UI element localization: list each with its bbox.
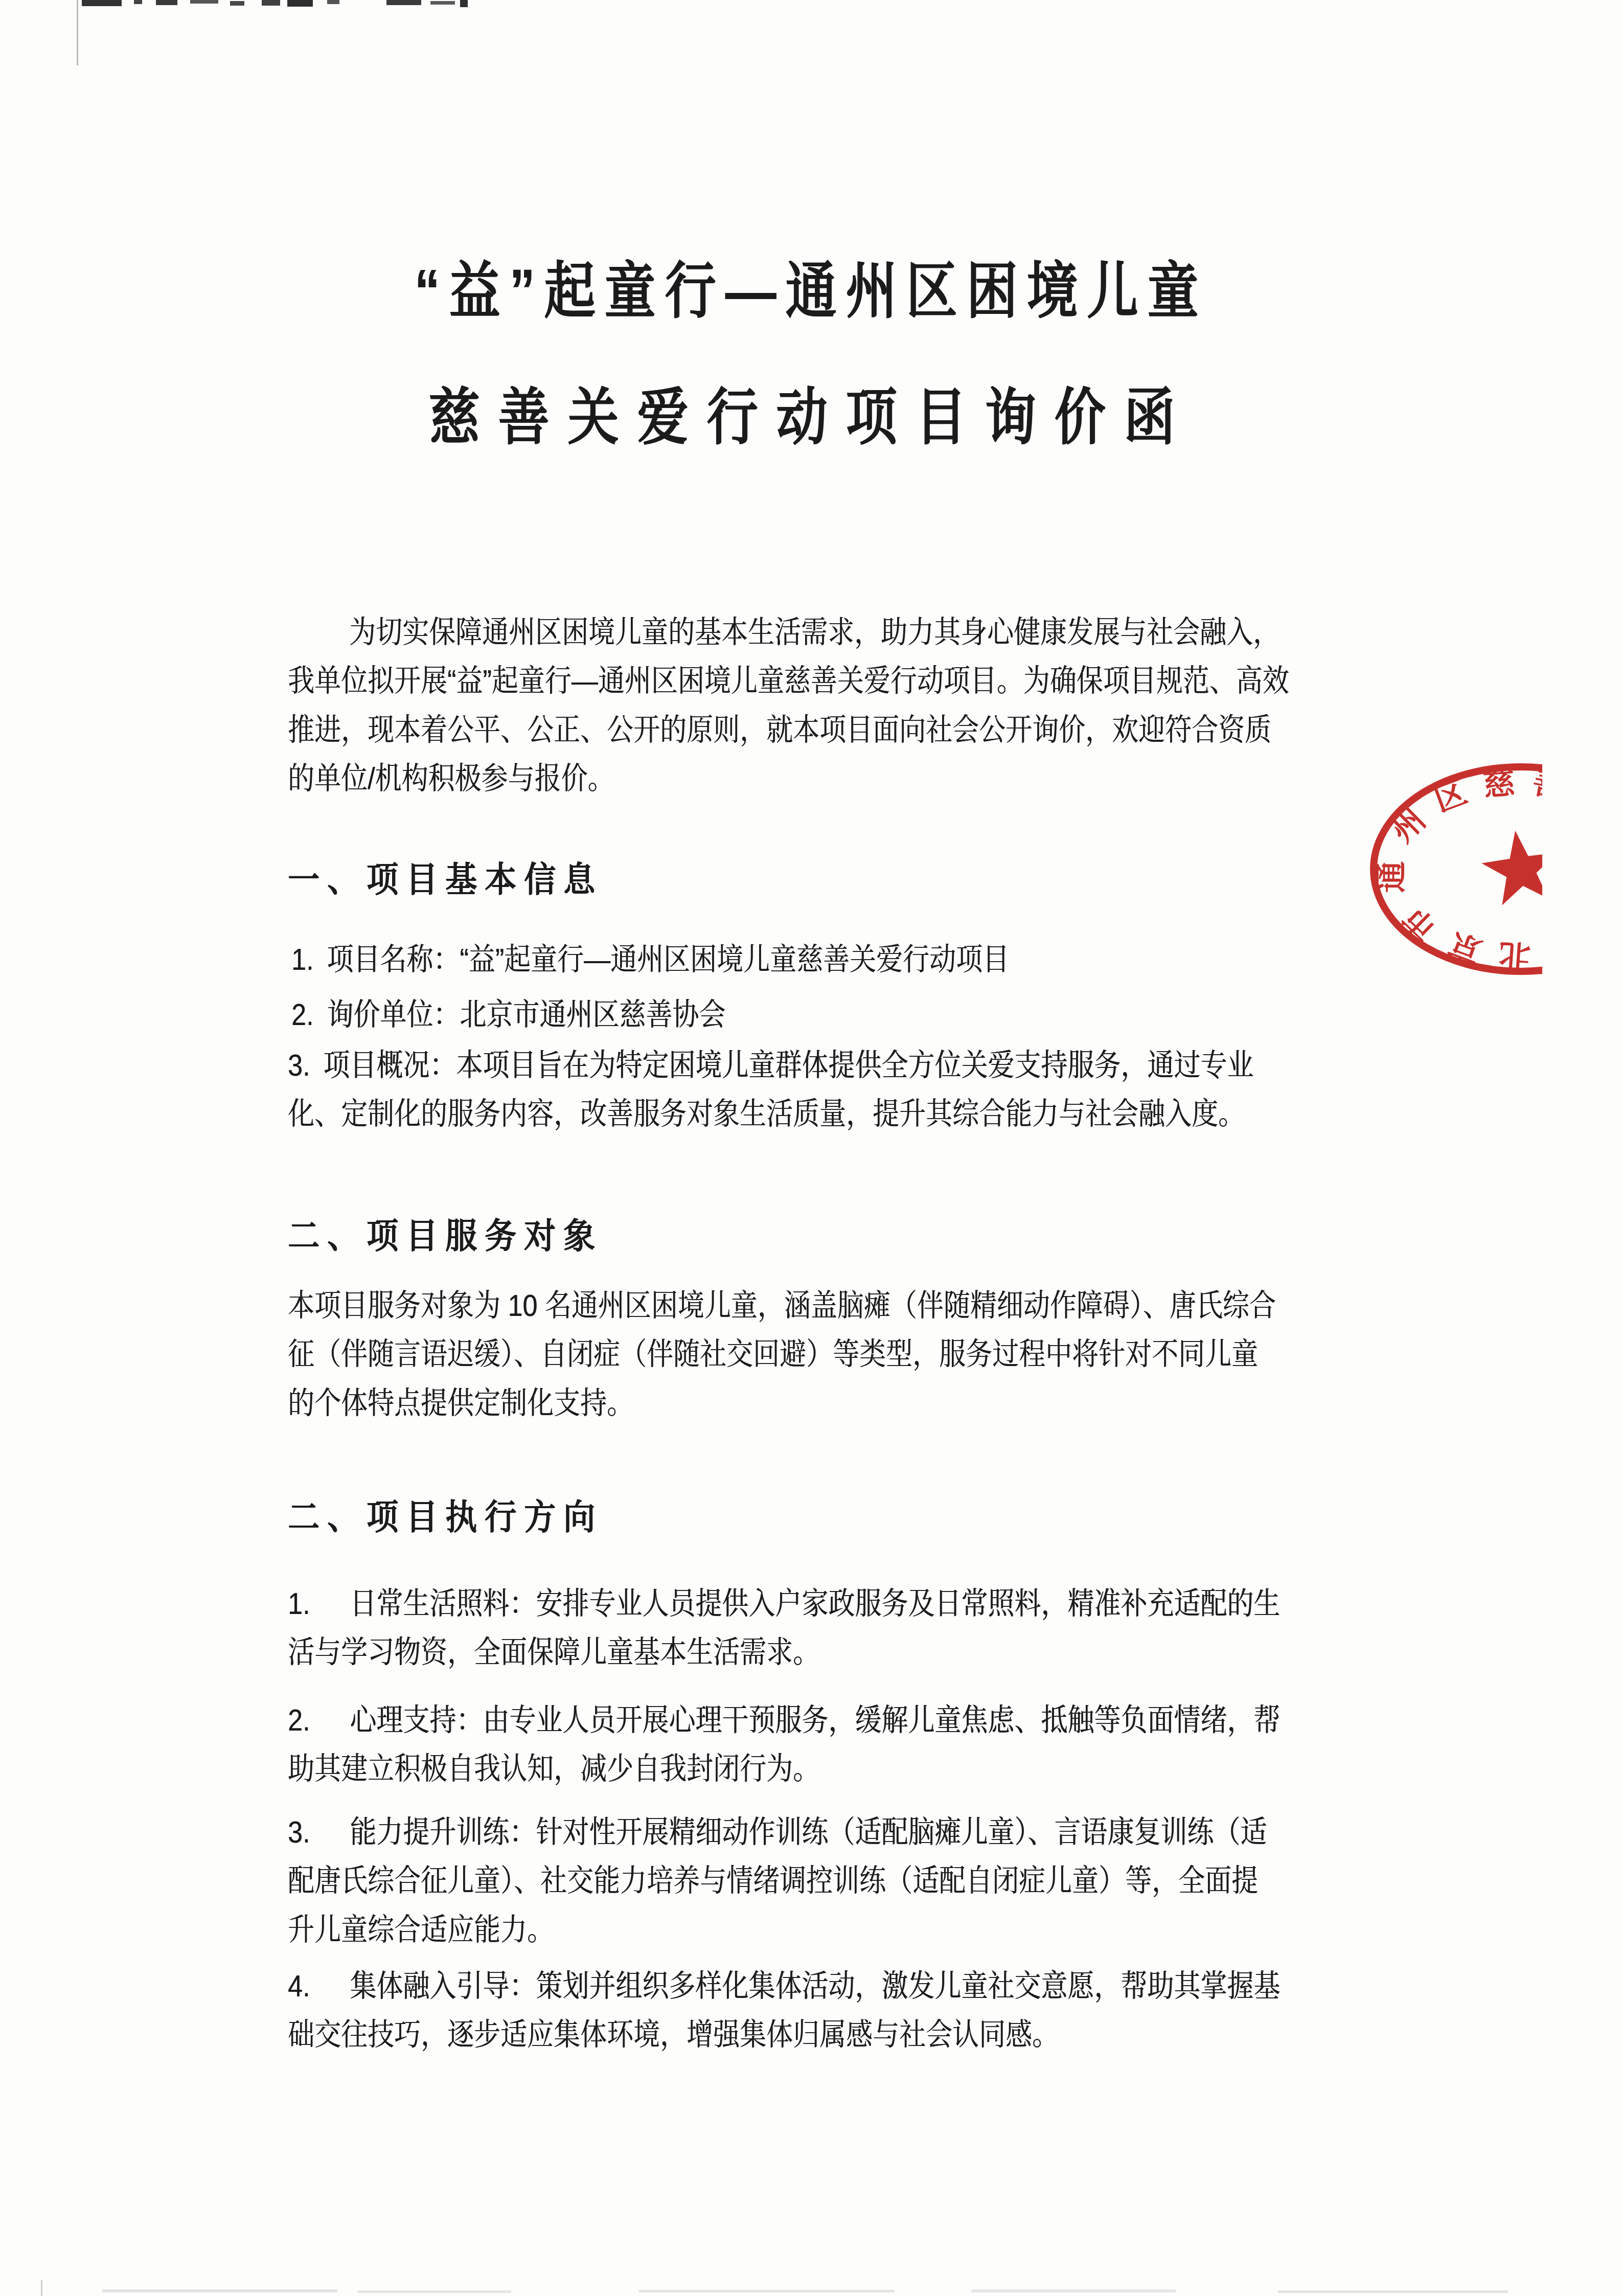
- official-seal: 北京市通州区慈善协会: [1342, 736, 1542, 1002]
- scan-artifact: [386, 0, 421, 5]
- intro-paragraph: 为切实保障通州区困境儿童的基本生活需求，助力其身心健康发展与社会融入， 我单位拟…: [288, 608, 1356, 804]
- scan-artifact: [287, 0, 313, 7]
- scan-artifact: [134, 0, 142, 4]
- scan-artifact: [156, 0, 177, 5]
- item-daily-care: 1. 日常生活照料：安排专业人员提供入户家政服务及日常照料，精准补充适配的生 活…: [288, 1580, 1356, 1677]
- item-ability-training: 3. 能力提升训练：针对性开展精细动作训练（适配脑瘫儿童）、言语康复训练（适 配…: [288, 1808, 1356, 1954]
- scan-artifact: [327, 0, 339, 4]
- service-target-paragraph: 本项目服务对象为 10 名通州区困境儿童，涵盖脑瘫（伴随精细动作障碍）、唐氏综合…: [288, 1282, 1356, 1428]
- scan-artifact: [639, 2290, 895, 2292]
- scan-artifact: [262, 0, 280, 6]
- item-group-integration: 4. 集体融入引导：策划并组织多样化集体活动，激发儿童社交意愿，帮助其掌握基 础…: [288, 1962, 1356, 2060]
- seal-text: 北京市通州区慈善协会: [1374, 764, 1542, 974]
- section-basic-info-heading: 一、项目基本信息: [288, 859, 603, 901]
- seal-ring: [1374, 767, 1542, 971]
- item-project-overview: 3. 项目概况：本项目旨在为特定困境儿童群体提供全方位关爱支持服务，通过专业 化…: [288, 1041, 1356, 1139]
- scan-artifact: [77, 0, 78, 65]
- scan-artifact: [430, 1, 455, 5]
- page-title-line2: 慈善关爱行动项目询价函: [0, 381, 1622, 454]
- scan-artifact: [460, 0, 468, 7]
- scan-artifact: [358, 2290, 511, 2293]
- scan-artifact: [102, 2289, 337, 2292]
- item-inquiry-unit: 2. 询价单位：北京市通州区慈善协会: [291, 991, 1360, 1039]
- item-project-name: 1. 项目名称：“益”起童行—通州区困境儿童慈善关爱行动项目: [291, 936, 1360, 984]
- scan-artifact: [230, 1, 244, 6]
- scan-artifact: [82, 0, 122, 6]
- item-psych-support: 2. 心理支持：由专业人员开展心理干预服务，缓解儿童焦虑、抵触等负面情绪，帮 助…: [288, 1696, 1356, 1794]
- scan-artifact: [1278, 2290, 1508, 2293]
- scanned-inquiry-letter: “益”起童行—通州区困境儿童 慈善关爱行动项目询价函 为切实保障通州区困境儿童的…: [0, 0, 1622, 2296]
- star-icon: [1478, 825, 1542, 907]
- svg-text:北京市通州区慈善协会: 北京市通州区慈善协会: [1374, 764, 1542, 974]
- scan-artifact: [190, 0, 218, 4]
- section-execution-heading: 二、项目执行方向: [288, 1497, 603, 1538]
- page-title-line1: “益”起童行—通州区困境儿童: [0, 255, 1622, 328]
- scan-artifact: [971, 2289, 1176, 2292]
- scan-artifact: [41, 2280, 42, 2296]
- section-service-target-heading: 二、项目服务对象: [288, 1216, 603, 1257]
